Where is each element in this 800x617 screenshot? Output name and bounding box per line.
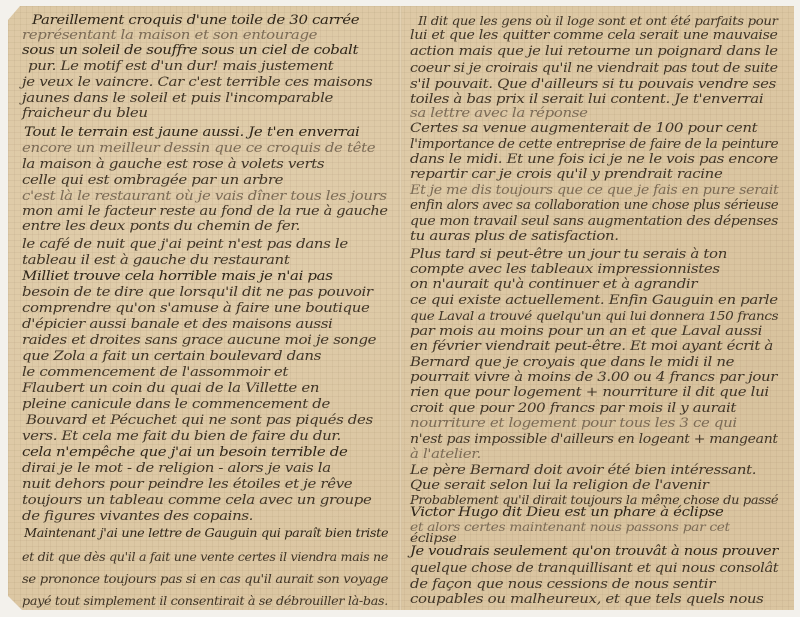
- left-page: Pareillement croquis d'une toile de 30 c…: [22, 12, 392, 602]
- letter-line: et alors certes maintenant nous passons …: [410, 518, 730, 536]
- right-page: Il dit que les gens où il loge sont et o…: [410, 12, 782, 602]
- letter-line: et dit que dès qu'il a fait une vente ce…: [22, 548, 388, 566]
- letter-line: action mais que je lui retourne un poign…: [410, 43, 778, 61]
- letter-line: tu auras plus de satisfaction.: [410, 228, 619, 246]
- letter-line: se prononce toujours pas si en cas qu'il…: [22, 570, 388, 588]
- letter-line: fraicheur du bleu: [22, 105, 148, 123]
- letter-line: entre les deux ponts du chemin de fer.: [22, 218, 300, 236]
- letter-line: Je voudrais seulement qu'on trouvât à no…: [410, 543, 778, 561]
- letter-line: payé tout simplement il consentirait à s…: [22, 592, 388, 610]
- page-fold: [399, 6, 402, 610]
- letter-line: Maintenant j'ai une lettre de Gauguin qu…: [24, 524, 388, 542]
- letter-line: coupables ou malheureux, et que tels que…: [410, 591, 763, 609]
